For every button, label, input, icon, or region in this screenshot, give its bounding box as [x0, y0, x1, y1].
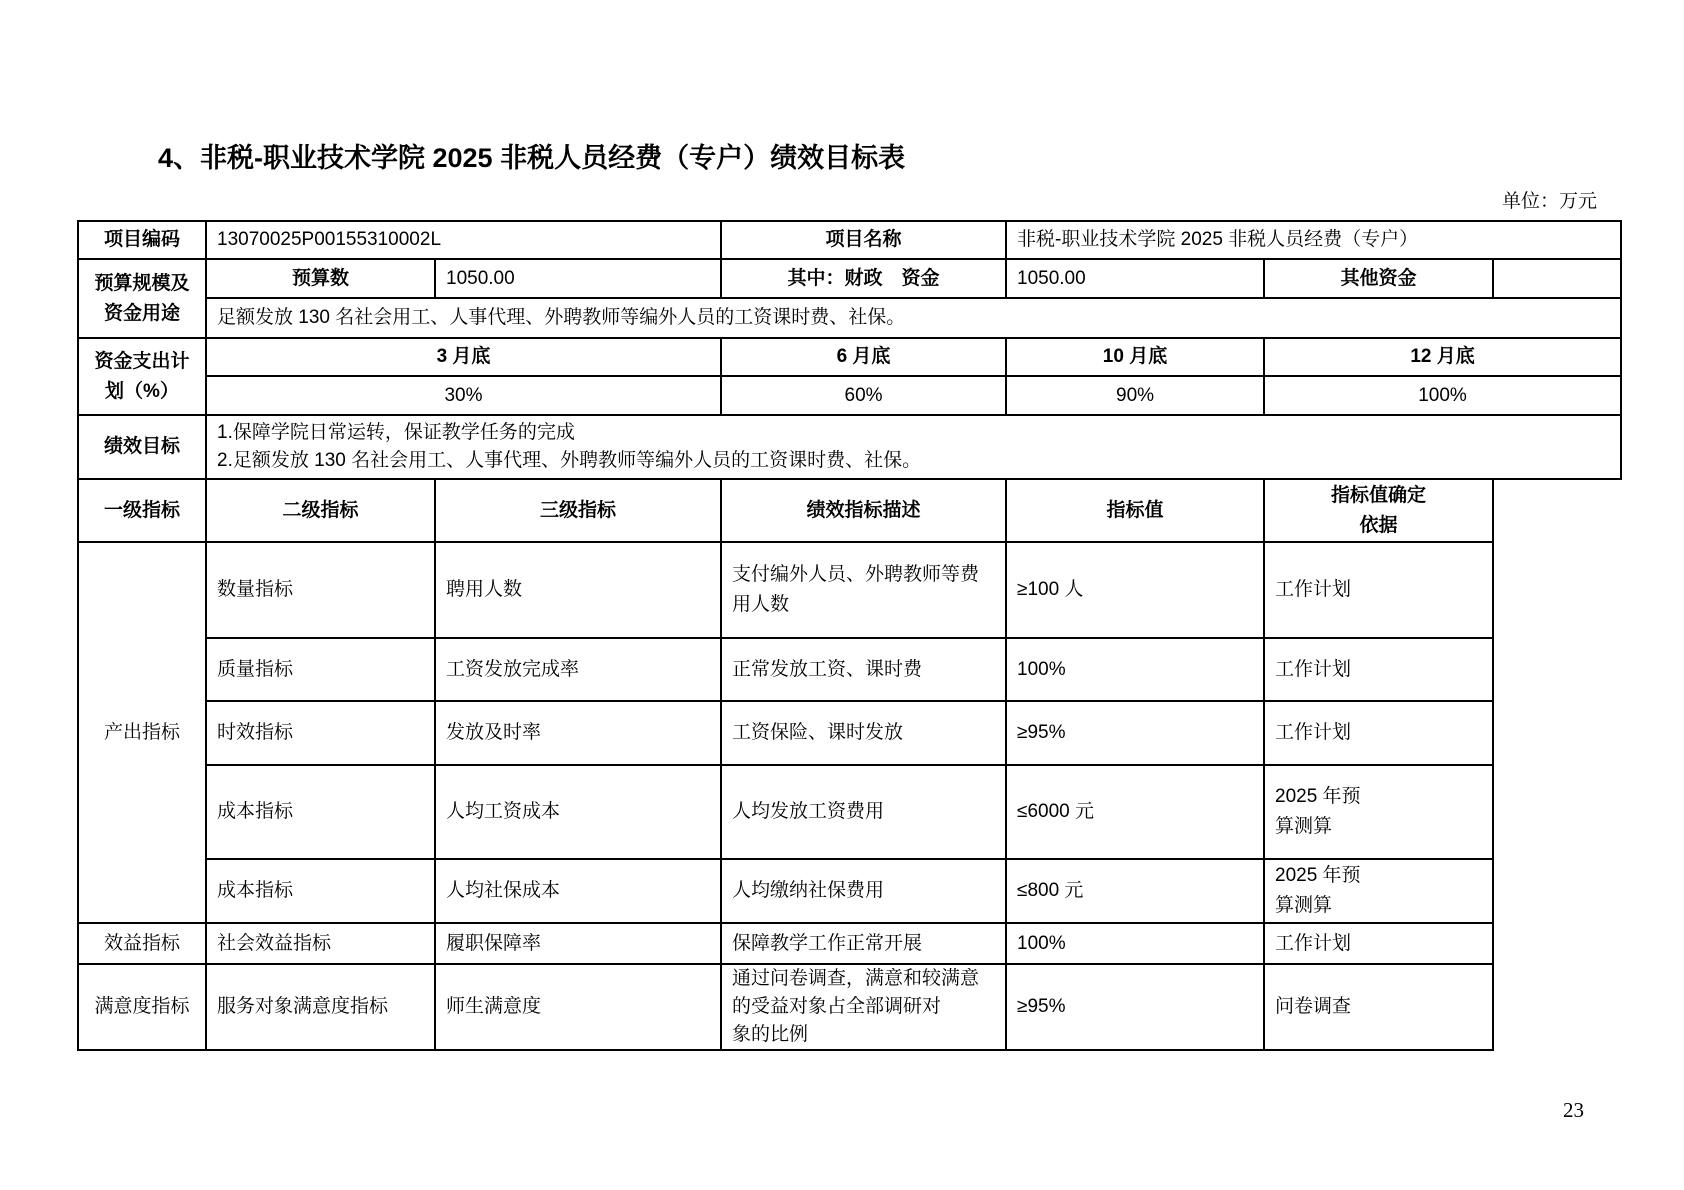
header-level1: 一级指标 — [78, 479, 206, 542]
header-basis: 指标值确定 依据 — [1264, 479, 1493, 542]
indicator-row: 产出指标 数量指标 聘用人数 支付编外人员、外聘教师等费用人数 ≥100 人 工… — [78, 542, 1621, 638]
indicator-value: ≥95% — [1006, 701, 1264, 765]
indicator-basis: 工作计划 — [1264, 701, 1493, 765]
indicator-level1: 效益指标 — [78, 923, 206, 964]
period-march-label: 3 月底 — [206, 338, 721, 376]
period-june-label: 6 月底 — [721, 338, 1006, 376]
indicator-level2: 质量指标 — [206, 638, 435, 701]
goals-label: 绩效目标 — [78, 415, 206, 479]
project-code-label: 项目编码 — [78, 221, 206, 259]
goals-text: 1.保障学院日常运转，保证教学任务的完成 2.足额发放 130 名社会用工、人事… — [206, 415, 1621, 479]
indicator-row: 成本指标 人均工资成本 人均发放工资费用 ≤6000 元 2025 年预 算测算 — [78, 765, 1621, 859]
other-fund-value — [1493, 259, 1621, 298]
indicator-level2: 服务对象满意度指标 — [206, 964, 435, 1050]
indicator-basis: 工作计划 — [1264, 542, 1493, 638]
indicator-description: 通过问卷调查，满意和较满意的受益对象占全部调研对 象的比例 — [721, 964, 1006, 1050]
indicator-row: 时效指标 发放及时率 工资保险、课时发放 ≥95% 工作计划 — [78, 701, 1621, 765]
indicator-value: 100% — [1006, 638, 1264, 701]
indicator-description: 正常发放工资、课时费 — [721, 638, 1006, 701]
page-title: 4、非税-职业技术学院 2025 非税人员经费（专户）绩效目标表 — [158, 136, 905, 175]
indicator-level2: 时效指标 — [206, 701, 435, 765]
indicator-value: ≤6000 元 — [1006, 765, 1264, 859]
indicator-basis: 问卷调查 — [1264, 964, 1493, 1050]
indicator-value: 100% — [1006, 923, 1264, 964]
other-fund-label: 其他资金 — [1264, 259, 1493, 298]
period-march-value: 30% — [206, 376, 721, 415]
indicator-description: 人均缴纳社保费用 — [721, 859, 1006, 923]
page-number: 23 — [1563, 1098, 1584, 1123]
indicator-level2: 社会效益指标 — [206, 923, 435, 964]
indicator-level3: 履职保障率 — [435, 923, 721, 964]
spending-plan-label: 资金支出计 划（%） — [78, 338, 206, 415]
indicator-level2: 成本指标 — [206, 765, 435, 859]
indicator-level3: 工资发放完成率 — [435, 638, 721, 701]
usage-row: 足额发放 130 名社会用工、人事代理、外聘教师等编外人员的工资课时费、社保。 — [78, 298, 1621, 338]
finance-fund-value: 1050.00 — [1006, 259, 1264, 298]
indicator-level3: 师生满意度 — [435, 964, 721, 1050]
indicator-description: 保障教学工作正常开展 — [721, 923, 1006, 964]
indicator-basis: 2025 年预 算测算 — [1264, 765, 1493, 859]
indicator-level1: 满意度指标 — [78, 964, 206, 1050]
unit-label: 单位：万元 — [1502, 186, 1597, 213]
project-row: 项目编码 13070025P00155310002L 项目名称 非税-职业技术学… — [78, 221, 1621, 259]
header-level2: 二级指标 — [206, 479, 435, 542]
indicator-basis: 2025 年预 算测算 — [1264, 859, 1493, 923]
budget-section-label: 预算规模及 资金用途 — [78, 259, 206, 338]
goal-line-1: 1.保障学院日常运转，保证教学任务的完成 — [217, 419, 1610, 447]
period-october-value: 90% — [1006, 376, 1264, 415]
output-indicator-group: 产出指标 — [78, 542, 206, 923]
budget-amount-value: 1050.00 — [435, 259, 721, 298]
goal-line-2: 2.足额发放 130 名社会用工、人事代理、外聘教师等编外人员的工资课时费、社保… — [217, 447, 1610, 475]
period-october-label: 10 月底 — [1006, 338, 1264, 376]
period-december-label: 12 月底 — [1264, 338, 1621, 376]
header-description: 绩效指标描述 — [721, 479, 1006, 542]
satisfaction-indicator-row: 满意度指标 服务对象满意度指标 师生满意度 通过问卷调查，满意和较满意的受益对象… — [78, 964, 1621, 1050]
period-december-value: 100% — [1264, 376, 1621, 415]
indicator-description: 人均发放工资费用 — [721, 765, 1006, 859]
indicator-level3: 人均社保成本 — [435, 859, 721, 923]
indicator-row: 成本指标 人均社保成本 人均缴纳社保费用 ≤800 元 2025 年预 算测算 — [78, 859, 1621, 923]
indicator-value: ≤800 元 — [1006, 859, 1264, 923]
indicator-description: 工资保险、课时发放 — [721, 701, 1006, 765]
period-june-value: 60% — [721, 376, 1006, 415]
spending-plan-header-row: 资金支出计 划（%） 3 月底 6 月底 10 月底 12 月底 — [78, 338, 1621, 376]
indicator-level2: 数量指标 — [206, 542, 435, 638]
performance-target-table: 项目编码 13070025P00155310002L 项目名称 非税-职业技术学… — [77, 220, 1622, 1051]
indicator-basis: 工作计划 — [1264, 638, 1493, 701]
indicator-value: ≥95% — [1006, 964, 1264, 1050]
indicator-header-row: 一级指标 二级指标 三级指标 绩效指标描述 指标值 指标值确定 依据 — [78, 479, 1621, 542]
benefit-indicator-row: 效益指标 社会效益指标 履职保障率 保障教学工作正常开展 100% 工作计划 — [78, 923, 1621, 964]
indicator-level2: 成本指标 — [206, 859, 435, 923]
fund-usage-text: 足额发放 130 名社会用工、人事代理、外聘教师等编外人员的工资课时费、社保。 — [206, 298, 1621, 338]
header-value: 指标值 — [1006, 479, 1264, 542]
indicator-value: ≥100 人 — [1006, 542, 1264, 638]
spending-plan-value-row: 30% 60% 90% 100% — [78, 376, 1621, 415]
indicator-basis: 工作计划 — [1264, 923, 1493, 964]
header-level3: 三级指标 — [435, 479, 721, 542]
finance-fund-label: 其中：财政 资金 — [721, 259, 1006, 298]
budget-amount-label: 预算数 — [206, 259, 435, 298]
project-name-label: 项目名称 — [721, 221, 1006, 259]
project-name-value: 非税-职业技术学院 2025 非税人员经费（专户） — [1006, 221, 1621, 259]
project-code-value: 13070025P00155310002L — [206, 221, 721, 259]
indicator-row: 质量指标 工资发放完成率 正常发放工资、课时费 100% 工作计划 — [78, 638, 1621, 701]
indicator-level3: 发放及时率 — [435, 701, 721, 765]
indicator-level3: 人均工资成本 — [435, 765, 721, 859]
budget-row: 预算规模及 资金用途 预算数 1050.00 其中：财政 资金 1050.00 … — [78, 259, 1621, 298]
indicator-level3: 聘用人数 — [435, 542, 721, 638]
indicator-description: 支付编外人员、外聘教师等费用人数 — [721, 542, 1006, 638]
goals-row: 绩效目标 1.保障学院日常运转，保证教学任务的完成 2.足额发放 130 名社会… — [78, 415, 1621, 479]
